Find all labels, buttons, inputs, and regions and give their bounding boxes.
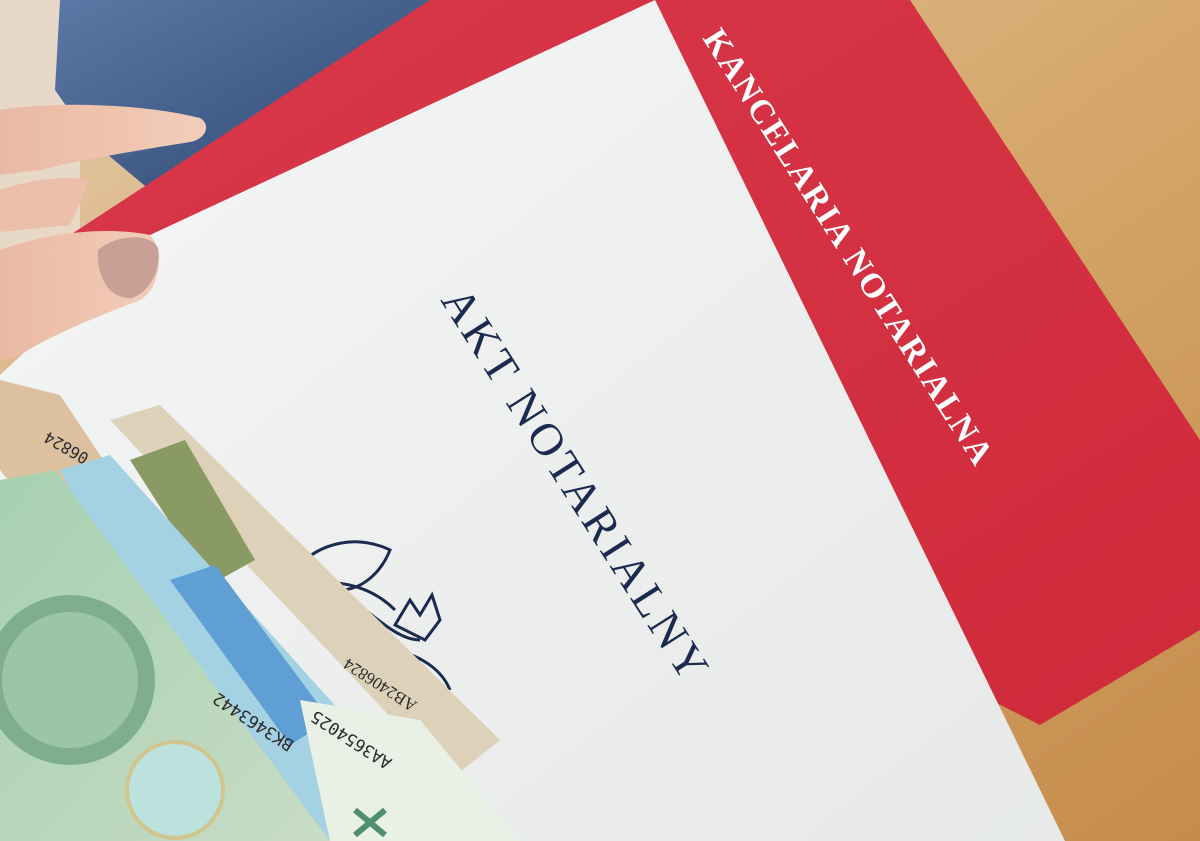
- photo-scene: KANCELARIA NOTARIALNA AKT NOTARIALNY: [0, 0, 1200, 841]
